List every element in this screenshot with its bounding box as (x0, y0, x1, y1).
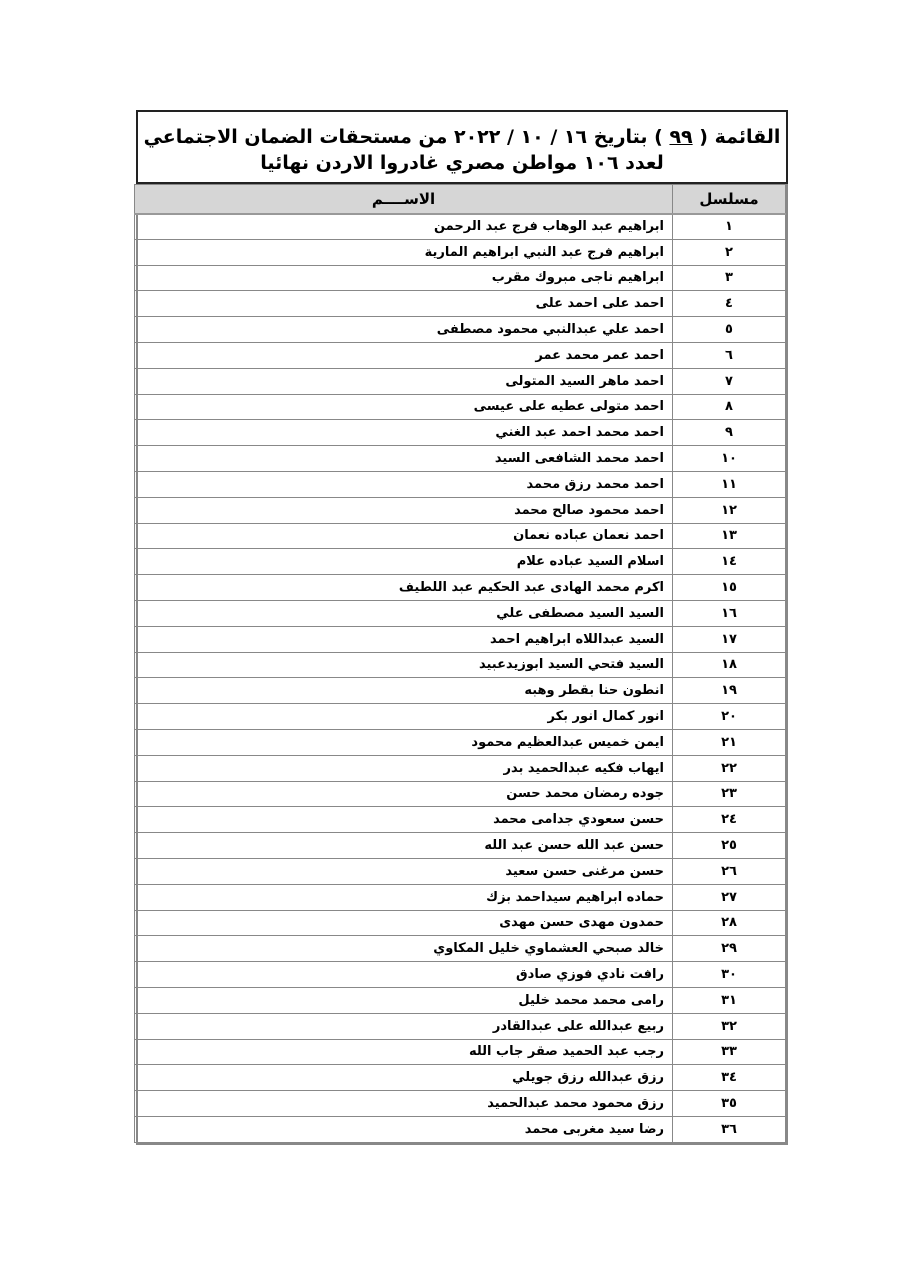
row-serial: ١٨ (673, 652, 786, 678)
names-table-container: مسلسل الاســــم ١ابراهيم عبد الوهاب فرج … (136, 184, 788, 1145)
table-row: ٣٥رزق محمود محمد عبدالحميد (135, 1091, 786, 1117)
row-name: حمدون مهدى حسن مهدى (135, 910, 673, 936)
row-serial: ١٠ (673, 446, 786, 472)
row-name: احمد ماهر السيد المتولى (135, 368, 673, 394)
row-serial: ٢٩ (673, 936, 786, 962)
row-serial: ٦ (673, 342, 786, 368)
row-serial: ٣٣ (673, 1039, 786, 1065)
row-name: رزق عبدالله رزق جويلي (135, 1065, 673, 1091)
row-name: حسن سعودي جدامى محمد (135, 807, 673, 833)
row-name: رجب عبد الحميد صقر جاب الله (135, 1039, 673, 1065)
row-serial: ٢٥ (673, 833, 786, 859)
table-row: ٢٤حسن سعودي جدامى محمد (135, 807, 786, 833)
title-suffix: ) بتاريخ ١٦ / ١٠ / ٢٠٢٢ من مستحقات الضما… (144, 126, 663, 148)
title-prefix: القائمة ( (699, 126, 780, 148)
row-name: رضا سيد مغربى محمد (135, 1116, 673, 1142)
table-row: ١٤اسلام السيد عباده علام (135, 549, 786, 575)
table-row: ٢٥حسن عبد الله حسن عبد الله (135, 833, 786, 859)
row-serial: ٧ (673, 368, 786, 394)
table-row: ٢٨حمدون مهدى حسن مهدى (135, 910, 786, 936)
table-body: ١ابراهيم عبد الوهاب فرج عبد الرحمن٢ابراه… (135, 214, 786, 1143)
row-serial: ٩ (673, 420, 786, 446)
row-serial: ٢٦ (673, 858, 786, 884)
row-serial: ١٥ (673, 575, 786, 601)
table-row: ١١احمد محمد رزق محمد (135, 471, 786, 497)
row-name: ايمن خميس عبدالعظيم محمود (135, 729, 673, 755)
table-row: ٣٤رزق عبدالله رزق جويلي (135, 1065, 786, 1091)
row-name: حماده ابراهيم سيداحمد بزك (135, 884, 673, 910)
names-table: مسلسل الاســــم ١ابراهيم عبد الوهاب فرج … (134, 184, 786, 1143)
row-serial: ٣٤ (673, 1065, 786, 1091)
row-serial: ١١ (673, 471, 786, 497)
row-serial: ١٧ (673, 626, 786, 652)
row-serial: ٢ (673, 239, 786, 265)
table-row: ١٥اكرم محمد الهادى عبد الحكيم عبد اللطيف (135, 575, 786, 601)
table-row: ١٧السيد عبداللاه ابراهيم احمد (135, 626, 786, 652)
row-serial: ٤ (673, 291, 786, 317)
row-serial: ٢١ (673, 729, 786, 755)
table-row: ٩احمد محمد احمد عبد الغني (135, 420, 786, 446)
row-name: حسن عبد الله حسن عبد الله (135, 833, 673, 859)
table-row: ١٨السيد فتحي السيد ابوزيدعبيد (135, 652, 786, 678)
table-row: ١ابراهيم عبد الوهاب فرج عبد الرحمن (135, 214, 786, 240)
row-name: السيد فتحي السيد ابوزيدعبيد (135, 652, 673, 678)
row-name: احمد محمد احمد عبد الغني (135, 420, 673, 446)
table-row: ٣٠رافت نادي فوزي صادق (135, 962, 786, 988)
row-name: اسلام السيد عباده علام (135, 549, 673, 575)
table-row: ٤احمد على احمد على (135, 291, 786, 317)
title-line-2: لعدد ١٠٦ مواطن مصري غادروا الاردن نهائيا (138, 150, 786, 176)
table-row: ١٦السيد السيد مصطفى علي (135, 600, 786, 626)
row-name: خالد صبحي العشماوي خليل المكاوي (135, 936, 673, 962)
row-name: حسن مرغنى حسن سعيد (135, 858, 673, 884)
row-serial: ١٤ (673, 549, 786, 575)
table-row: ٧احمد ماهر السيد المتولى (135, 368, 786, 394)
row-name: احمد عمر محمد عمر (135, 342, 673, 368)
list-number: ٩٩ (669, 126, 692, 148)
title-line-1: القائمة ( ٩٩ ) بتاريخ ١٦ / ١٠ / ٢٠٢٢ من … (138, 124, 786, 150)
row-serial: ١٦ (673, 600, 786, 626)
row-name: احمد على احمد على (135, 291, 673, 317)
row-serial: ٣ (673, 265, 786, 291)
row-name: ايهاب فكيه عبدالحميد بدر (135, 755, 673, 781)
row-serial: ١٢ (673, 497, 786, 523)
row-name: احمد علي عبدالنبي محمود مصطفى (135, 317, 673, 343)
table-row: ٢٧حماده ابراهيم سيداحمد بزك (135, 884, 786, 910)
row-name: السيد عبداللاه ابراهيم احمد (135, 626, 673, 652)
row-serial: ٢٤ (673, 807, 786, 833)
row-name: احمد متولى عطيه على عيسى (135, 394, 673, 420)
table-row: ٢٢ايهاب فكيه عبدالحميد بدر (135, 755, 786, 781)
row-serial: ٣١ (673, 987, 786, 1013)
table-row: ٣٣رجب عبد الحميد صقر جاب الله (135, 1039, 786, 1065)
row-serial: ٢٠ (673, 704, 786, 730)
row-serial: ٣٠ (673, 962, 786, 988)
row-serial: ١٩ (673, 678, 786, 704)
row-serial: ٢٨ (673, 910, 786, 936)
row-name: ابراهيم فرج عبد النبي ابراهيم المارية (135, 239, 673, 265)
row-serial: ٢٢ (673, 755, 786, 781)
table-row: ١٣احمد نعمان عباده نعمان (135, 523, 786, 549)
row-name: انطون حنا بقطر وهبه (135, 678, 673, 704)
row-name: رامى محمد محمد خليل (135, 987, 673, 1013)
row-serial: ٣٢ (673, 1013, 786, 1039)
table-row: ٣٦رضا سيد مغربى محمد (135, 1116, 786, 1142)
document-title-box: القائمة ( ٩٩ ) بتاريخ ١٦ / ١٠ / ٢٠٢٢ من … (136, 110, 788, 184)
column-header-serial: مسلسل (673, 185, 786, 214)
row-serial: ١ (673, 214, 786, 240)
row-name: ابراهيم عبد الوهاب فرج عبد الرحمن (135, 214, 673, 240)
row-name: احمد محمد رزق محمد (135, 471, 673, 497)
table-row: ٥احمد علي عبدالنبي محمود مصطفى (135, 317, 786, 343)
table-row: ٢٠انور كمال انور بكر (135, 704, 786, 730)
row-name: انور كمال انور بكر (135, 704, 673, 730)
row-name: اكرم محمد الهادى عبد الحكيم عبد اللطيف (135, 575, 673, 601)
row-name: احمد نعمان عباده نعمان (135, 523, 673, 549)
table-row: ١٠احمد محمد الشافعى السيد (135, 446, 786, 472)
document-page: القائمة ( ٩٩ ) بتاريخ ١٦ / ١٠ / ٢٠٢٢ من … (136, 110, 788, 1145)
row-serial: ١٣ (673, 523, 786, 549)
row-serial: ٢٧ (673, 884, 786, 910)
table-row: ٢٩خالد صبحي العشماوي خليل المكاوي (135, 936, 786, 962)
table-row: ٢١ايمن خميس عبدالعظيم محمود (135, 729, 786, 755)
table-row: ٦احمد عمر محمد عمر (135, 342, 786, 368)
row-serial: ٣٦ (673, 1116, 786, 1142)
table-header-row: مسلسل الاســــم (135, 185, 786, 214)
row-serial: ٥ (673, 317, 786, 343)
row-name: احمد محمد الشافعى السيد (135, 446, 673, 472)
row-name: رافت نادي فوزي صادق (135, 962, 673, 988)
row-name: السيد السيد مصطفى علي (135, 600, 673, 626)
table-row: ٢٦حسن مرغنى حسن سعيد (135, 858, 786, 884)
column-header-name: الاســــم (135, 185, 673, 214)
table-row: ١٢احمد محمود صالح محمد (135, 497, 786, 523)
row-name: جوده رمضان محمد حسن (135, 781, 673, 807)
row-serial: ٣٥ (673, 1091, 786, 1117)
table-row: ٣١رامى محمد محمد خليل (135, 987, 786, 1013)
row-name: ربيع عبدالله على عبدالقادر (135, 1013, 673, 1039)
table-row: ٣٢ربيع عبدالله على عبدالقادر (135, 1013, 786, 1039)
row-serial: ٢٣ (673, 781, 786, 807)
row-name: ابراهيم ناجى مبروك مقرب (135, 265, 673, 291)
table-row: ٢ابراهيم فرج عبد النبي ابراهيم المارية (135, 239, 786, 265)
row-name: رزق محمود محمد عبدالحميد (135, 1091, 673, 1117)
row-name: احمد محمود صالح محمد (135, 497, 673, 523)
row-serial: ٨ (673, 394, 786, 420)
table-row: ٨احمد متولى عطيه على عيسى (135, 394, 786, 420)
table-row: ٣ابراهيم ناجى مبروك مقرب (135, 265, 786, 291)
table-row: ١٩انطون حنا بقطر وهبه (135, 678, 786, 704)
table-row: ٢٣جوده رمضان محمد حسن (135, 781, 786, 807)
